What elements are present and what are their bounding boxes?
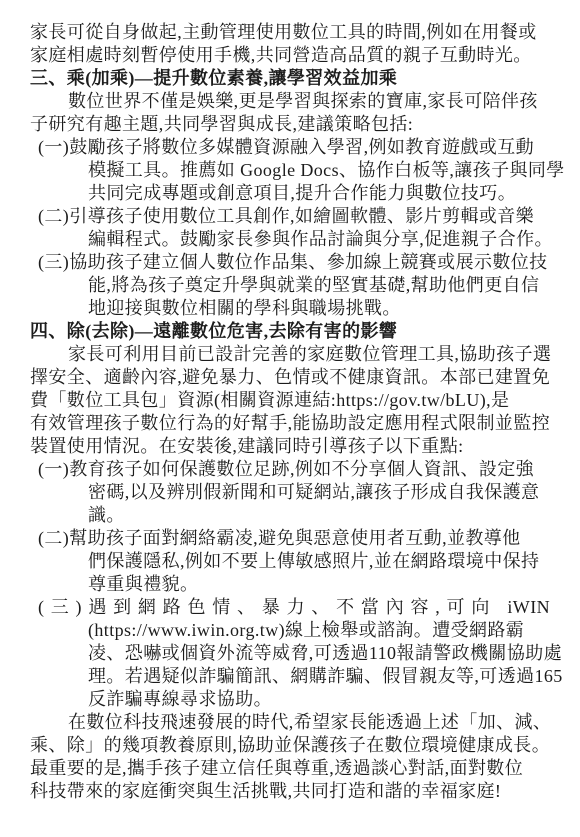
list-item-line: 凌、恐嚇或個資外流等威脅,可透過110報請警政機關協助處 (30, 642, 550, 665)
list-item-line: 識。 (30, 504, 550, 527)
list-item-line: 反詐騙專線尋求協助。 (30, 688, 550, 711)
text-line: 乘、除」的幾項教養原則,協助並保護孩子在數位環境健康成長。 (30, 734, 550, 757)
list-item-line: 模擬工具。推薦如 Google Docs、協作白板等,讓孩子與同學 (30, 159, 550, 182)
text-line-with-toolkit-url: 費「數位工具包」資源(相關資源連結:https://gov.tw/bLU),是 (30, 389, 550, 412)
text-line: 擇安全、適齡內容,避免暴力、色情或不健康資訊。本部已建置免 (30, 366, 550, 389)
text-line: 家長可利用目前已設計完善的家庭數位管理工具,協助孩子選 (30, 343, 550, 366)
text-line: 科技帶來的家庭衝突與生活挑戰,共同打造和諧的幸福家庭! (30, 780, 550, 803)
text-line: 最重要的是,攜手孩子建立信任與尊重,透過談心對話,面對數位 (30, 757, 550, 780)
list-item-line: 理。若遇疑似詐騙簡訊、網購詐騙、假冒親友等,可透過165 (30, 665, 550, 688)
text-line: 家庭相處時刻暫停使用手機,共同營造高品質的親子互動時光。 (30, 44, 550, 67)
text-line: 子研究有趣主題,共同學習與成長,建議策略包括: (30, 113, 550, 136)
text-line: 在數位科技飛速發展的時代,希望家長能透過上述「加、減、 (30, 711, 550, 734)
text-line: 家長可從自身做起,主動管理使用數位工具的時間,例如在用餐或 (30, 21, 550, 44)
list-item-line: (一)教育孩子如何保護數位足跡,例如不分享個人資訊、設定強 (30, 458, 550, 481)
list-item-line: (一)鼓勵孩子將數位多媒體資源融入學習,例如教育遊戲或互動 (30, 136, 550, 159)
list-item-line-with-iwin-url: (https://www.iwin.org.tw)線上檢舉或諮詢。遭受網路霸 (30, 619, 550, 642)
list-item-line: (二)幫助孩子面對網絡霸凌,避免與惡意使用者互動,並教導他 (30, 527, 550, 550)
list-item-line: 尊重與禮貌。 (30, 573, 550, 596)
list-item-line: 共同完成專題或創意項目,提升合作能力與數位技巧。 (30, 182, 550, 205)
section-heading-multiply: 三、乘(加乘)—提升數位素養,讓學習效益加乘 (30, 67, 550, 90)
list-item-line: 能,將為孩子奠定升學與就業的堅實基礎,幫助他們更自信 (30, 274, 550, 297)
section-heading-divide: 四、除(去除)—遠離數位危害,去除有害的影響 (30, 320, 550, 343)
list-item-line: (二)引導孩子使用數位工具創作,如繪圖軟體、影片剪輯或音樂 (30, 205, 550, 228)
list-item-line: 編輯程式。鼓勵家長參與作品討論與分享,促進親子合作。 (30, 228, 550, 251)
list-item-line: (三)遇到網路色情、暴力、不當內容,可向 iWIN (30, 596, 550, 619)
text-line: 有效管理孩子數位行為的好幫手,能協助設定應用程式限制並監控 (30, 412, 550, 435)
list-item-line: 們保護隱私,例如不要上傳敏感照片,並在網路環境中保持 (30, 550, 550, 573)
text-line: 裝置使用情況。在安裝後,建議同時引導孩子以下重點: (30, 435, 550, 458)
text-line: 數位世界不僅是娛樂,更是學習與探索的寶庫,家長可陪伴孩 (30, 90, 550, 113)
document-page: 家長可從自身做起,主動管理使用數位工具的時間,例如在用餐或 家庭相處時刻暫停使用… (0, 0, 580, 837)
list-item-line: 密碼,以及辨別假新聞和可疑網站,讓孩子形成自我保護意 (30, 481, 550, 504)
list-item-line: (三)協助孩子建立個人數位作品集、參加線上競賽或展示數位技 (30, 251, 550, 274)
list-item-line: 地迎接與數位相關的學科與職場挑戰。 (30, 297, 550, 320)
